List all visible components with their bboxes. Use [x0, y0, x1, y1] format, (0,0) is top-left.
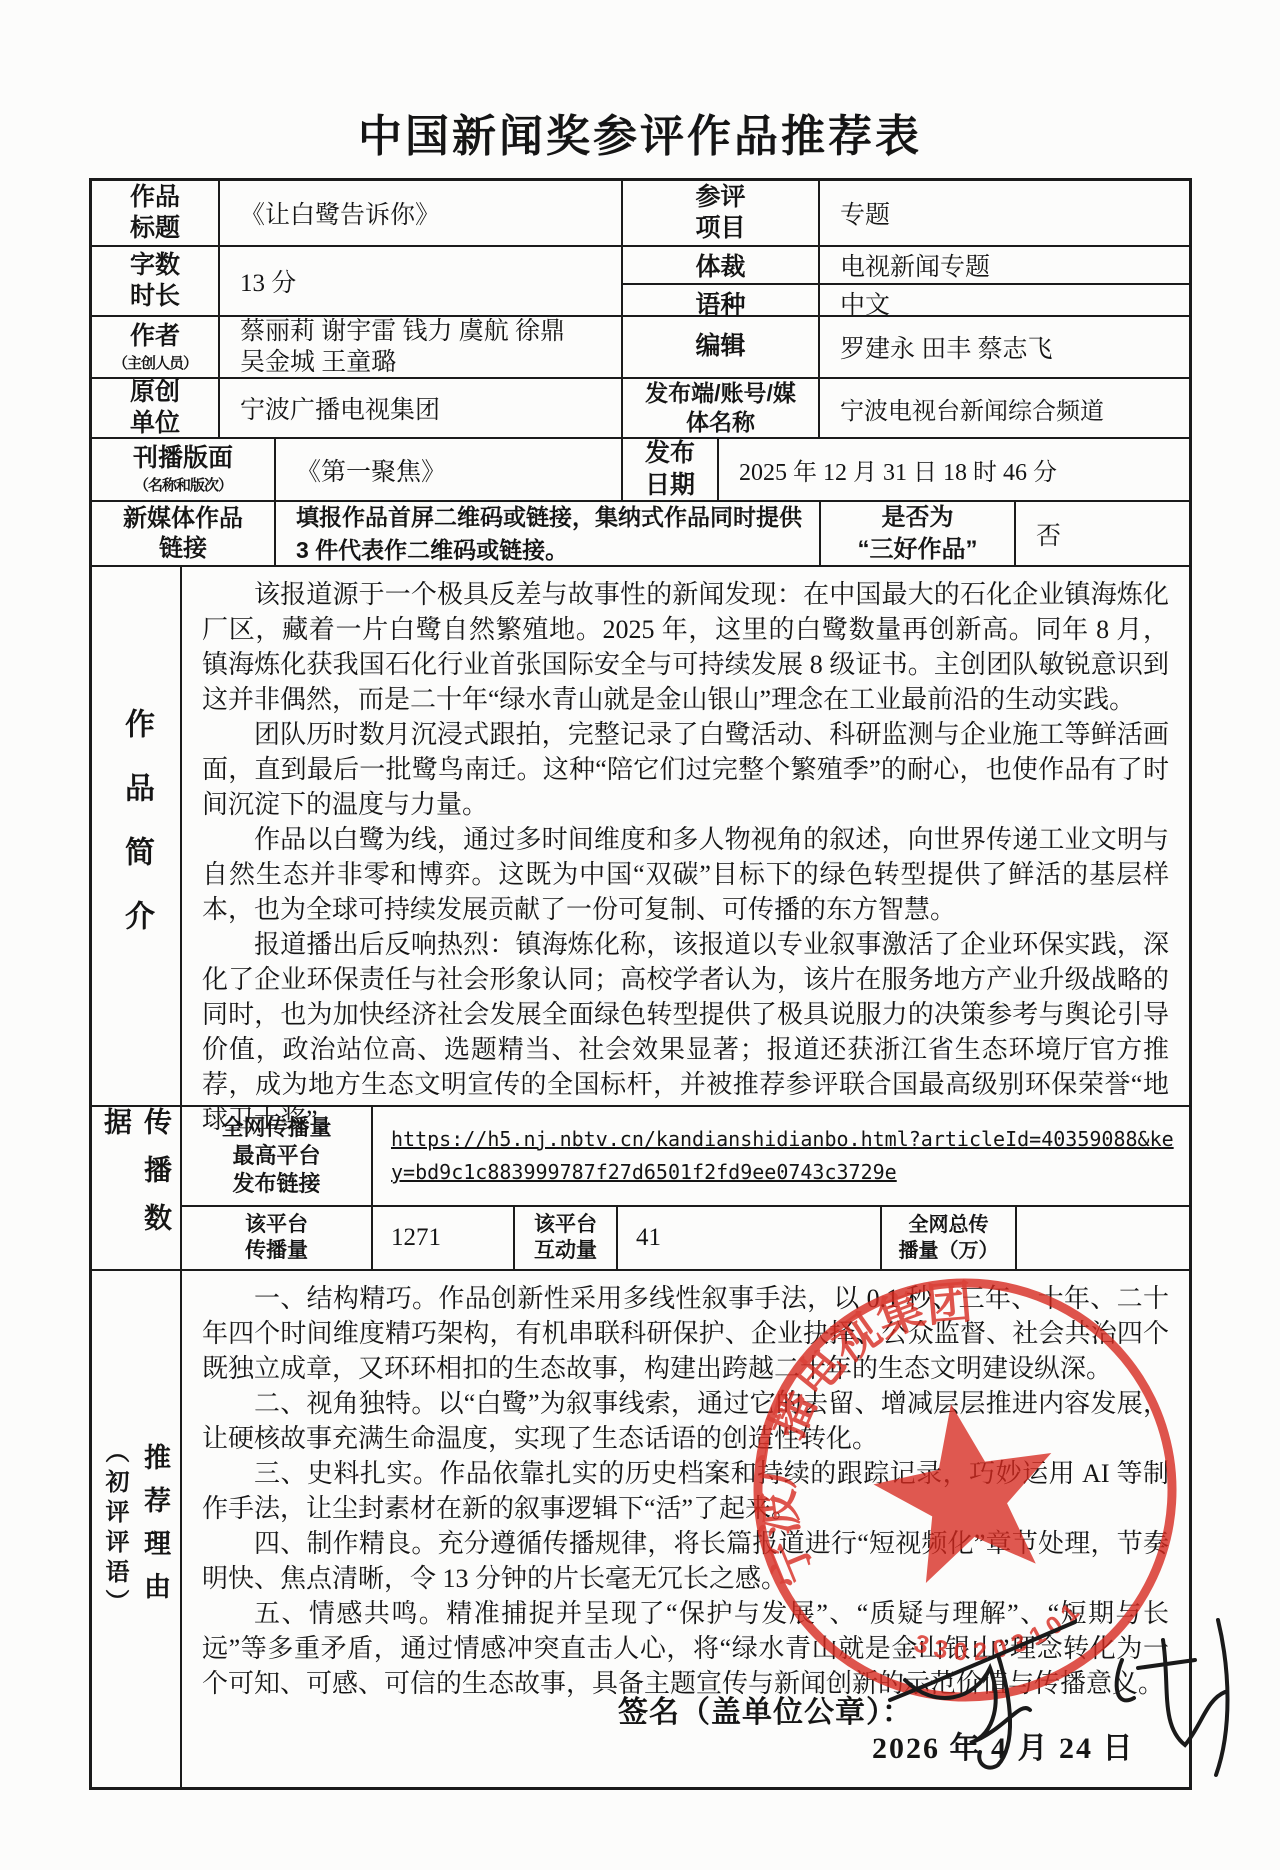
spread-stats-row: 该平台 传播量 1271 该平台 互动量 41 全网总传 播量（万） — [182, 1207, 1189, 1269]
recommendation-form-table: 作品标题 《让白鹭告诉你》 参评项目 专题 字数时长 13 分 体裁 电视新闻专… — [89, 178, 1192, 1790]
authors-value: 蔡丽莉 谢宇雷 钱力 虞航 徐鼎 吴金城 王童璐 — [220, 317, 623, 377]
reason-paragraph: 二、视角独特。以“白鹭”为叙事线索，通过它的去留、增减层层推进内容发展，让硬核故… — [202, 1386, 1169, 1456]
entry-category-label: 参评项目 — [623, 181, 820, 245]
reason-label: （初评评语） 推荐理由 — [92, 1271, 182, 1787]
platform-interact-value: 41 — [618, 1207, 882, 1269]
reason-content: 一、结构精巧。作品创新性采用多线性叙事手法，以 0.1 秒、三年、十年、二十年四… — [182, 1271, 1189, 1787]
publisher-value: 宁波电视台新闻综合频道 — [820, 379, 1189, 437]
reason-label-sub: （初评评语） — [97, 1439, 132, 1619]
total-volume-value — [1017, 1207, 1189, 1269]
row-summary: 作品简介 该报道源于一个极具反差与故事性的新闻发现：在中国最大的石化企业镇海炼化… — [92, 567, 1189, 1107]
authors-label: 作者 （主创人员） — [92, 317, 220, 377]
publisher-label: 发布端/账号/媒体名称 — [623, 379, 820, 437]
signature-label: 签名（盖单位公章）： — [618, 1687, 913, 1731]
genre-label: 体裁 — [623, 247, 820, 283]
publish-date-value: 2025 年 12 月 31 日 18 时 46 分 — [719, 439, 1189, 500]
row-recommendation-reason: （初评评语） 推荐理由 一、结构精巧。作品创新性采用多线性叙事手法，以 0.1 … — [92, 1271, 1189, 1787]
origin-unit-label: 原创单位 — [92, 379, 220, 437]
publication-value: 《第一聚焦》 — [276, 439, 623, 500]
signature-date: 2026 年 4 月 24 日 — [872, 1723, 1135, 1767]
summary-paragraph: 报道播出后反响热烈：镇海炼化称，该报道以专业叙事激活了企业环保实践，深化了企业环… — [202, 927, 1169, 1137]
authors-label-sub: （主创人员） — [113, 355, 197, 374]
summary-paragraph: 该报道源于一个极具反差与故事性的新闻发现：在中国最大的石化企业镇海炼化厂区，藏着… — [202, 577, 1169, 717]
reason-label-main: 推荐理由 — [136, 1443, 175, 1615]
length-label: 字数时长 — [92, 247, 220, 315]
language-subrow: 语种 中文 — [623, 285, 1189, 321]
platform-volume-label: 该平台 传播量 — [182, 1207, 373, 1269]
newmedia-label: 新媒体作品 链接 — [92, 502, 276, 565]
page-title: 中国新闻奖参评作品推荐表 — [0, 100, 1280, 164]
reason-paragraph: 三、史料扎实。作品依靠扎实的历史档案和持续的跟踪记录，巧妙运用 AI 等制作手法… — [202, 1456, 1169, 1526]
row-work-title: 作品标题 《让白鹭告诉你》 参评项目 专题 — [92, 181, 1189, 247]
row-length-genre: 字数时长 13 分 体裁 电视新闻专题 语种 中文 — [92, 247, 1189, 317]
editor-label: 编辑 — [623, 317, 820, 377]
entry-category-value: 专题 — [820, 181, 1189, 245]
reason-paragraph: 五、情感共鸣。精准捕捉并呈现了“保护与发展”、“质疑与理解”、“短期与长远”等多… — [202, 1596, 1169, 1701]
language-value: 中文 — [820, 285, 1189, 321]
row-newmedia-link: 新媒体作品 链接 填报作品首屏二维码或链接，集纳式作品同时提供 3 件代表作二维… — [92, 502, 1189, 567]
publish-date-label: 发布日期 — [623, 439, 719, 500]
reason-paragraph: 四、制作精良。充分遵循传播规律，将长篇报道进行“短视频化”章节处理，节奏明快、焦… — [202, 1526, 1169, 1596]
row-publication: 刊播版面 （名称和版次） 《第一聚焦》 发布日期 2025 年 12 月 31 … — [92, 439, 1189, 502]
row-authors: 作者 （主创人员） 蔡丽莉 谢宇雷 钱力 虞航 徐鼎 吴金城 王童璐 编辑 罗建… — [92, 317, 1189, 379]
summary-paragraph: 作品以白鹭为线，通过多时间维度和多人物视角的叙述，向世界传递工业文明与自然生态并… — [202, 822, 1169, 927]
platform-interact-label: 该平台 互动量 — [515, 1207, 618, 1269]
length-value: 13 分 — [220, 247, 623, 315]
sanhao-value: 否 — [1016, 502, 1189, 565]
genre-value: 电视新闻专题 — [820, 247, 1189, 283]
publication-label: 刊播版面 （名称和版次） — [92, 439, 276, 500]
platform-volume-value: 1271 — [373, 1207, 515, 1269]
genre-subrow: 体裁 电视新闻专题 — [623, 247, 1189, 285]
editor-value: 罗建永 田丰 蔡志飞 — [820, 317, 1189, 377]
language-label: 语种 — [623, 285, 820, 321]
summary-label: 作品简介 — [92, 567, 182, 1105]
summary-content: 该报道源于一个极具反差与故事性的新闻发现：在中国最大的石化企业镇海炼化厂区，藏着… — [182, 567, 1189, 1105]
publication-label-sub: （名称和版次） — [133, 477, 233, 496]
total-volume-label: 全网总传 播量（万） — [882, 1207, 1017, 1269]
sanhao-label: 是否为 “三好作品” — [821, 502, 1016, 565]
row-origin-unit: 原创单位 宁波广播电视集团 发布端/账号/媒体名称 宁波电视台新闻综合频道 — [92, 379, 1189, 439]
spread-label: 传播数据 — [92, 1107, 182, 1269]
reason-paragraph: 一、结构精巧。作品创新性采用多线性叙事手法，以 0.1 秒、三年、十年、二十年四… — [202, 1281, 1169, 1386]
summary-paragraph: 团队历时数月沉浸式跟拍，完整记录了白鹭活动、科研监测与企业施工等鲜活画面，直到最… — [202, 717, 1169, 822]
work-title-value: 《让白鹭告诉你》 — [220, 181, 623, 245]
newmedia-note: 填报作品首屏二维码或链接，集纳式作品同时提供 3 件代表作二维码或链接。 — [276, 502, 821, 565]
work-title-label: 作品标题 — [92, 181, 220, 245]
origin-unit-value: 宁波广播电视集团 — [220, 379, 623, 437]
